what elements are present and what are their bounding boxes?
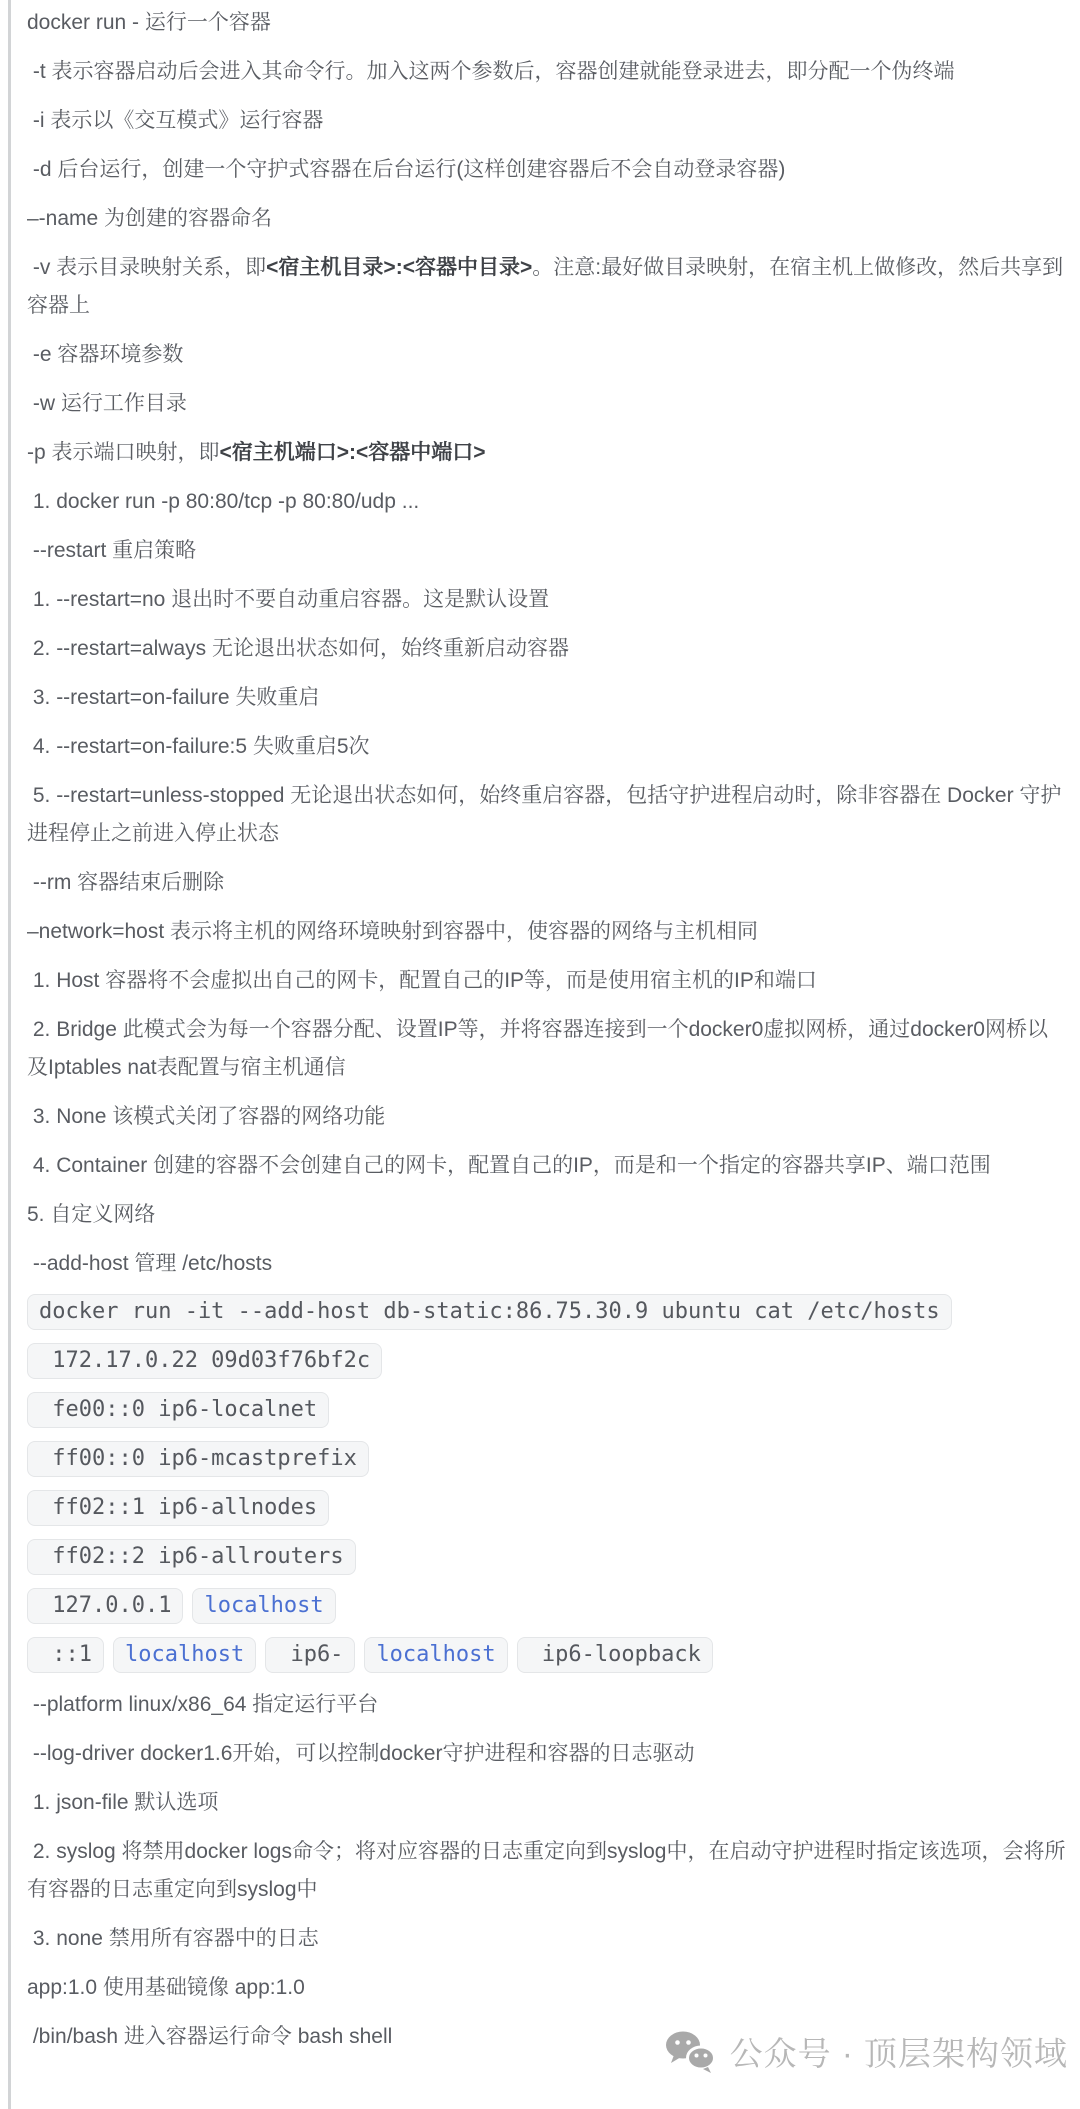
paragraph: 1. json-file 默认选项 [27,1784,1066,1822]
text-run: –network=host 表示将主机的网络环境映射到容器中，使容器的网络与主机… [27,920,758,943]
code-chip: 127.0.0.1 [27,1588,183,1624]
text-run: 5. 自定义网络 [27,1203,155,1226]
paragraph: -e 容器环境参数 [27,336,1066,374]
paragraph: 3. none 禁用所有容器中的日志 [27,1920,1066,1958]
text-run: 3. None 该模式关闭了容器的网络功能 [27,1105,385,1128]
text-run: --rm 容器结束后删除 [27,871,224,894]
code-link[interactable]: localhost [192,1588,335,1624]
text-run: 1. Host 容器将不会虚拟出自己的网卡，配置自己的IP等，而是使用宿主机的I… [27,969,817,992]
text-run: -v 表示目录映射关系，即 [27,256,266,279]
code-chip: ip6- [265,1637,355,1673]
text-run: 3. none 禁用所有容器中的日志 [27,1927,319,1950]
paragraph: 4. --restart=on-failure:5 失败重启5次 [27,728,1066,766]
paragraph: --log-driver docker1.6开始，可以控制docker守护进程和… [27,1735,1066,1773]
paragraph: /bin/bash 进入容器运行命令 bash shell [27,2018,1066,2056]
text-run: 2. Bridge 此模式会为每一个容器分配、设置IP等，并将容器连接到一个do… [27,1018,1048,1079]
document-body: docker run - 运行一个容器 -t 表示容器启动后会进入其命令行。加入… [0,0,1080,2067]
paragraph: -i 表示以《交互模式》运行容器 [27,102,1066,140]
paragraph: –network=host 表示将主机的网络环境映射到容器中，使容器的网络与主机… [27,913,1066,951]
paragraph: 5. --restart=unless-stopped 无论退出状态如何，始终重… [27,777,1066,853]
code-chip: docker run -it --add-host db-static:86.7… [27,1294,952,1330]
code-row: ff02::1 ip6-allnodes [27,1490,1066,1526]
paragraph: --rm 容器结束后删除 [27,864,1066,902]
text-run: 1. --restart=no 退出时不要自动重启容器。这是默认设置 [27,588,549,611]
paragraph: -w 运行工作目录 [27,385,1066,423]
bold-text: <宿主机目录>:<容器中目录> [266,256,532,279]
paragraph: 1. docker run -p 80:80/tcp -p 80:80/udp … [27,483,1066,521]
paragraph: -t 表示容器启动后会进入其命令行。加入这两个参数后，容器创建就能登录进去，即分… [27,53,1066,91]
text-run: 4. --restart=on-failure:5 失败重启5次 [27,735,370,758]
text-run: 1. json-file 默认选项 [27,1791,218,1814]
code-chip: ff02::1 ip6-allnodes [27,1490,329,1526]
paragraph: 5. 自定义网络 [27,1196,1066,1234]
code-chip: ::1 [27,1637,104,1673]
text-run: --log-driver docker1.6开始，可以控制docker守护进程和… [27,1742,694,1765]
paragraph: 3. None 该模式关闭了容器的网络功能 [27,1098,1066,1136]
code-row: ff00::0 ip6-mcastprefix [27,1441,1066,1477]
paragraph: 2. syslog 将禁用docker logs命令；将对应容器的日志重定向到s… [27,1833,1066,1909]
code-chip: fe00::0 ip6-localnet [27,1392,329,1428]
text-run: -e 容器环境参数 [27,343,183,366]
text-run: -d 后台运行，创建一个守护式容器在后台运行(这样创建容器后不会自动登录容器) [27,158,785,181]
paragraph: app:1.0 使用基础镜像 app:1.0 [27,1969,1066,2007]
code-row: docker run -it --add-host db-static:86.7… [27,1294,1066,1330]
code-link[interactable]: localhost [113,1637,256,1673]
code-chip: 172.17.0.22 09d03f76bf2c [27,1343,382,1379]
bold-text: <宿主机端口>:<容器中端口> [220,441,486,464]
code-link[interactable]: localhost [364,1637,507,1673]
code-row: fe00::0 ip6-localnet [27,1392,1066,1428]
paragraph: 1. --restart=no 退出时不要自动重启容器。这是默认设置 [27,581,1066,619]
code-row: 172.17.0.22 09d03f76bf2c [27,1343,1066,1379]
code-row: 127.0.0.1localhost [27,1588,1066,1624]
code-row: ::1localhost ip6-localhost ip6-loopback [27,1637,1066,1673]
text-run: --restart 重启策略 [27,539,196,562]
text-run: -p 表示端口映射，即 [27,441,220,464]
code-chip: ip6-loopback [517,1637,713,1673]
paragraph: 2. Bridge 此模式会为每一个容器分配、设置IP等，并将容器连接到一个do… [27,1011,1066,1087]
text-run: 2. syslog 将禁用docker logs命令；将对应容器的日志重定向到s… [27,1840,1065,1901]
text-run: docker run - 运行一个容器 [27,11,271,34]
paragraph: 3. --restart=on-failure 失败重启 [27,679,1066,717]
text-run: 5. --restart=unless-stopped 无论退出状态如何，始终重… [27,784,1061,845]
text-run: -i 表示以《交互模式》运行容器 [27,109,323,132]
text-run: --add-host 管理 /etc/hosts [27,1252,272,1275]
text-run: 2. --restart=always 无论退出状态如何，始终重新启动容器 [27,637,569,660]
code-row: ff02::2 ip6-allrouters [27,1539,1066,1575]
paragraph: docker run - 运行一个容器 [27,4,1066,42]
paragraph: --restart 重启策略 [27,532,1066,570]
paragraph: --add-host 管理 /etc/hosts [27,1245,1066,1283]
text-run: 1. docker run -p 80:80/tcp -p 80:80/udp … [27,490,419,513]
paragraph: -v 表示目录映射关系，即<宿主机目录>:<容器中目录>。注意:最好做目录映射，… [27,249,1066,325]
paragraph: -p 表示端口映射，即<宿主机端口>:<容器中端口> [27,434,1066,472]
text-run: 3. --restart=on-failure 失败重启 [27,686,319,709]
text-run: 4. Container 创建的容器不会创建自己的网卡，配置自己的IP，而是和一… [27,1154,991,1177]
text-run: app:1.0 使用基础镜像 app:1.0 [27,1976,305,1999]
text-run: -t 表示容器启动后会进入其命令行。加入这两个参数后，容器创建就能登录进去，即分… [27,60,955,83]
code-chip: ff00::0 ip6-mcastprefix [27,1441,369,1477]
paragraph: 2. --restart=always 无论退出状态如何，始终重新启动容器 [27,630,1066,668]
paragraph: --platform linux/x86_64 指定运行平台 [27,1686,1066,1724]
text-run: --platform linux/x86_64 指定运行平台 [27,1693,378,1716]
paragraph: 4. Container 创建的容器不会创建自己的网卡，配置自己的IP，而是和一… [27,1147,1066,1185]
text-run: -w 运行工作目录 [27,392,187,415]
text-run: /bin/bash 进入容器运行命令 bash shell [27,2025,392,2048]
paragraph: –-name 为创建的容器命名 [27,200,1066,238]
paragraph: 1. Host 容器将不会虚拟出自己的网卡，配置自己的IP等，而是使用宿主机的I… [27,962,1066,1000]
text-run: –-name 为创建的容器命名 [27,207,272,230]
paragraph: -d 后台运行，创建一个守护式容器在后台运行(这样创建容器后不会自动登录容器) [27,151,1066,189]
code-chip: ff02::2 ip6-allrouters [27,1539,356,1575]
